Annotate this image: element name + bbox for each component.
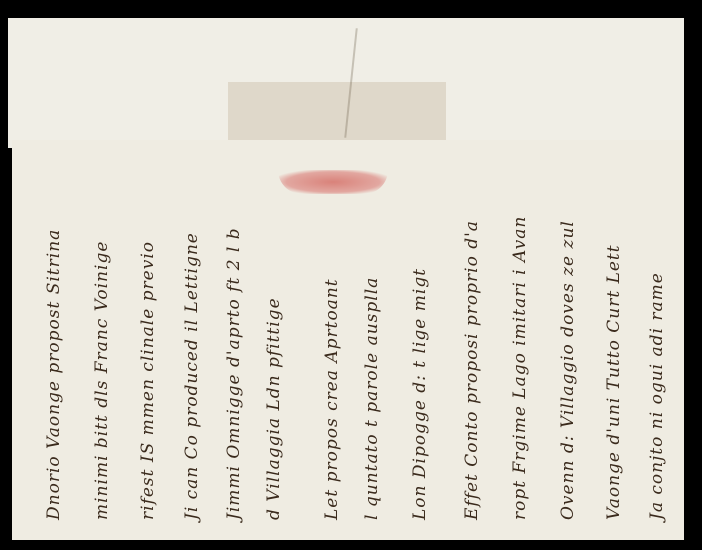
text-line: Dnorio Vaonge propost Sitrina — [44, 229, 64, 520]
text-line: d Villaggia Ldn pfittige — [264, 297, 284, 520]
text-line: Effet Conto proposi proprio d'a — [462, 220, 482, 520]
text-line: Lon Dipogge d: t lige migt — [410, 268, 430, 520]
text-line: Ovenn d: Villaggio doves ze zul — [558, 220, 578, 520]
handwritten-text: Dnorio Vaonge propost Sitrina minimi bit… — [12, 150, 684, 540]
text-line: Jimmi Omnigge d'aprto ft 2 l b — [224, 227, 244, 520]
stain — [228, 82, 446, 142]
text-line: ropt Frgime Lago imitari i Avan — [510, 216, 530, 520]
text-line: Ji can Co produced il Lettigne — [182, 232, 202, 520]
text-line: Let propos crea Aprtoant — [322, 278, 342, 520]
text-line: rifest IS mmen clinale previo — [138, 241, 158, 520]
text-line: Vaonge d'uni Tutto Curt Lett — [604, 244, 624, 520]
text-line: Ja conjto ni ogui adi rame — [647, 272, 667, 520]
text-line: minimi bitt dls Franc Voinige — [92, 241, 112, 520]
text-line: l quntato t parole ausplla — [362, 277, 382, 520]
